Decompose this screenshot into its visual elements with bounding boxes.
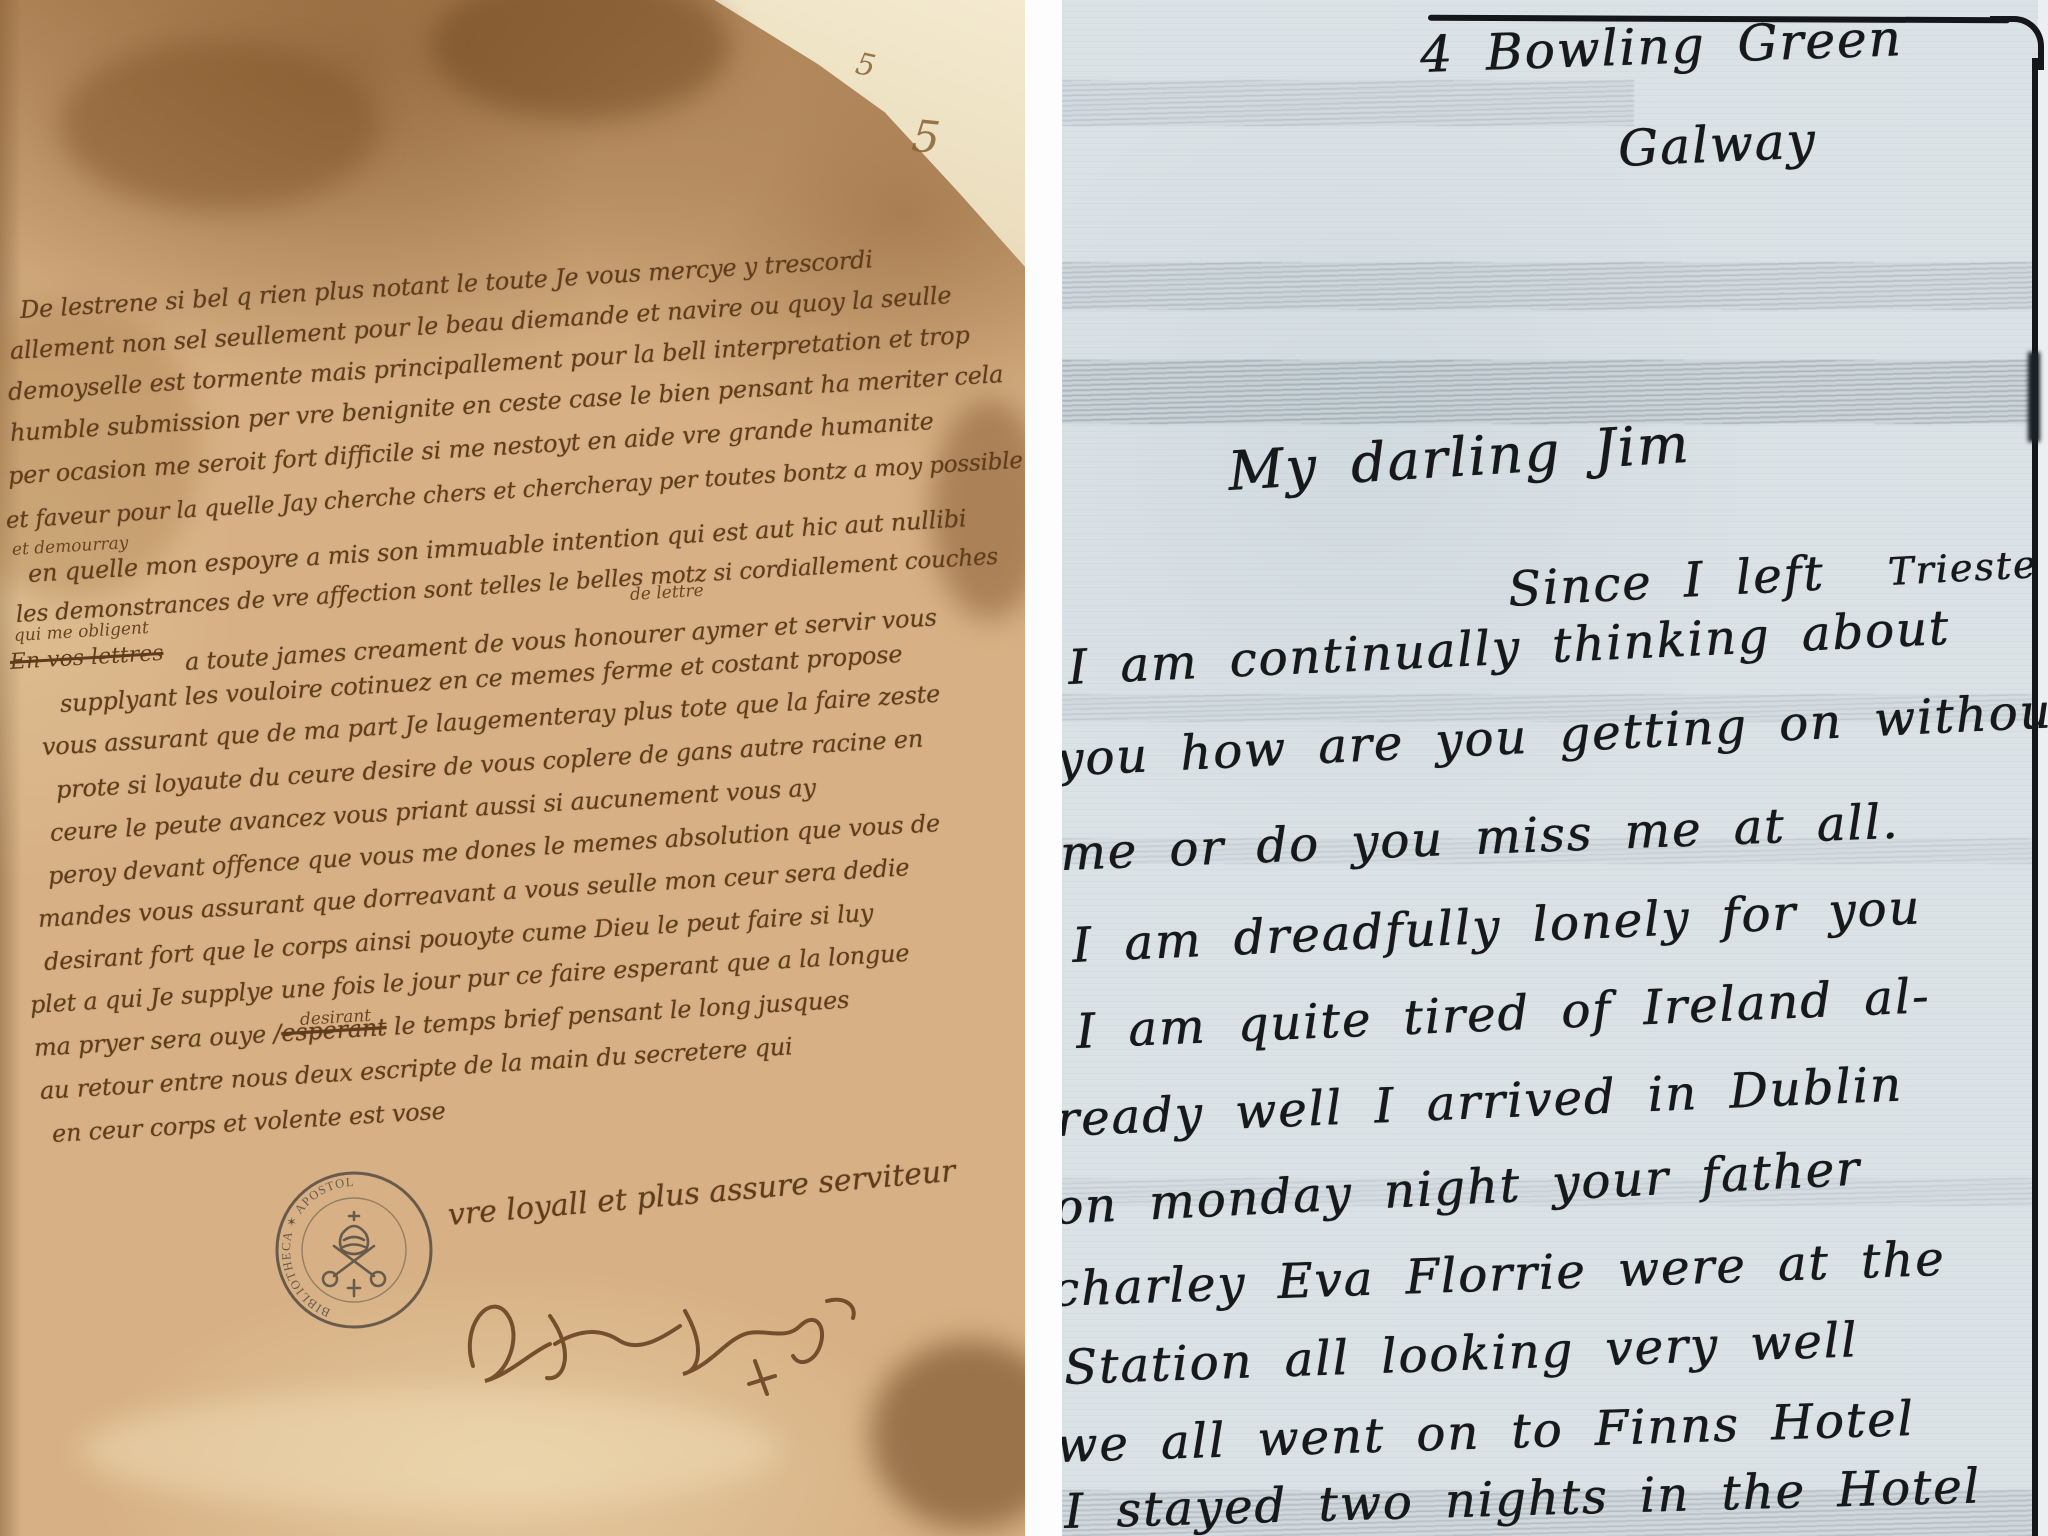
seal-ring-text: BIBLIOTHECA ✶ APOSTOLICA ✶ VATICANA: [272, 1168, 355, 1320]
scan-band: [1062, 262, 2048, 310]
border-smudge: [2028, 352, 2040, 442]
scan-band: [1062, 80, 1634, 126]
scan-band: [1062, 360, 2048, 424]
letter-line: I am dreadfully lonely for you: [1071, 879, 1923, 973]
interlinear-insert: de lettre: [629, 581, 704, 605]
stain: [430, 0, 730, 120]
right-manuscript-page: 4 Bowling Green Galway My darling Jim Si…: [1062, 0, 2048, 1536]
letter-line: me or do you miss me at all.: [1062, 794, 1900, 882]
salutation: My darling Jim: [1226, 412, 1692, 503]
seal-outer-ring: [277, 1173, 431, 1327]
folio-mark-large: 5: [909, 111, 942, 165]
line-prefix: ma pryer sera ouye /: [33, 1019, 282, 1062]
stain: [870, 1340, 1026, 1530]
interlinear-insert: desirant: [299, 1006, 371, 1030]
manuscript-line: en ceur corps et volente est vose: [51, 1097, 446, 1148]
henry-signature-flourish: [455, 1256, 885, 1406]
opening-word-trieste: Trieste: [1887, 542, 2039, 594]
struck-margin-words: En vos lettres: [9, 641, 164, 675]
letter-line: I am quite tired of Ireland al-: [1075, 968, 1931, 1060]
two-letters-photograph: 5 5 De lestrene si bel q rien plus notan…: [0, 0, 2048, 1536]
page-border-right: [2032, 58, 2038, 1536]
left-manuscript-page: 5 5 De lestrene si bel q rien plus notan…: [0, 0, 1026, 1536]
letter-line: we all went on to Finns Hotel: [1062, 1391, 1915, 1474]
page-edge-strip: [2038, 0, 2048, 1536]
letter-line: charley Eva Florrie were at the: [1062, 1231, 1946, 1318]
letter-line: ready well I arrived in Dublin: [1062, 1057, 1904, 1148]
vatican-library-seal: BIBLIOTHECA ✶ APOSTOLICA ✶ VATICANA: [272, 1168, 436, 1332]
closing-line: vre loyall et plus assure serviteur: [446, 1154, 956, 1233]
page-divider: [1025, 0, 1062, 1536]
letter-line: Station all looking very well: [1063, 1312, 1859, 1396]
address-line-2: Galway: [1617, 111, 1818, 178]
stain: [60, 40, 380, 210]
letter-line: on monday night your father: [1062, 1141, 1862, 1236]
papal-keys-tiara-emblem: [323, 1212, 385, 1296]
stain: [80, 1390, 780, 1510]
svg-text:BIBLIOTHECA ✶ APOSTOLICA ✶ VAT: BIBLIOTHECA ✶ APOSTOLICA ✶ VATICANA: [272, 1168, 355, 1320]
